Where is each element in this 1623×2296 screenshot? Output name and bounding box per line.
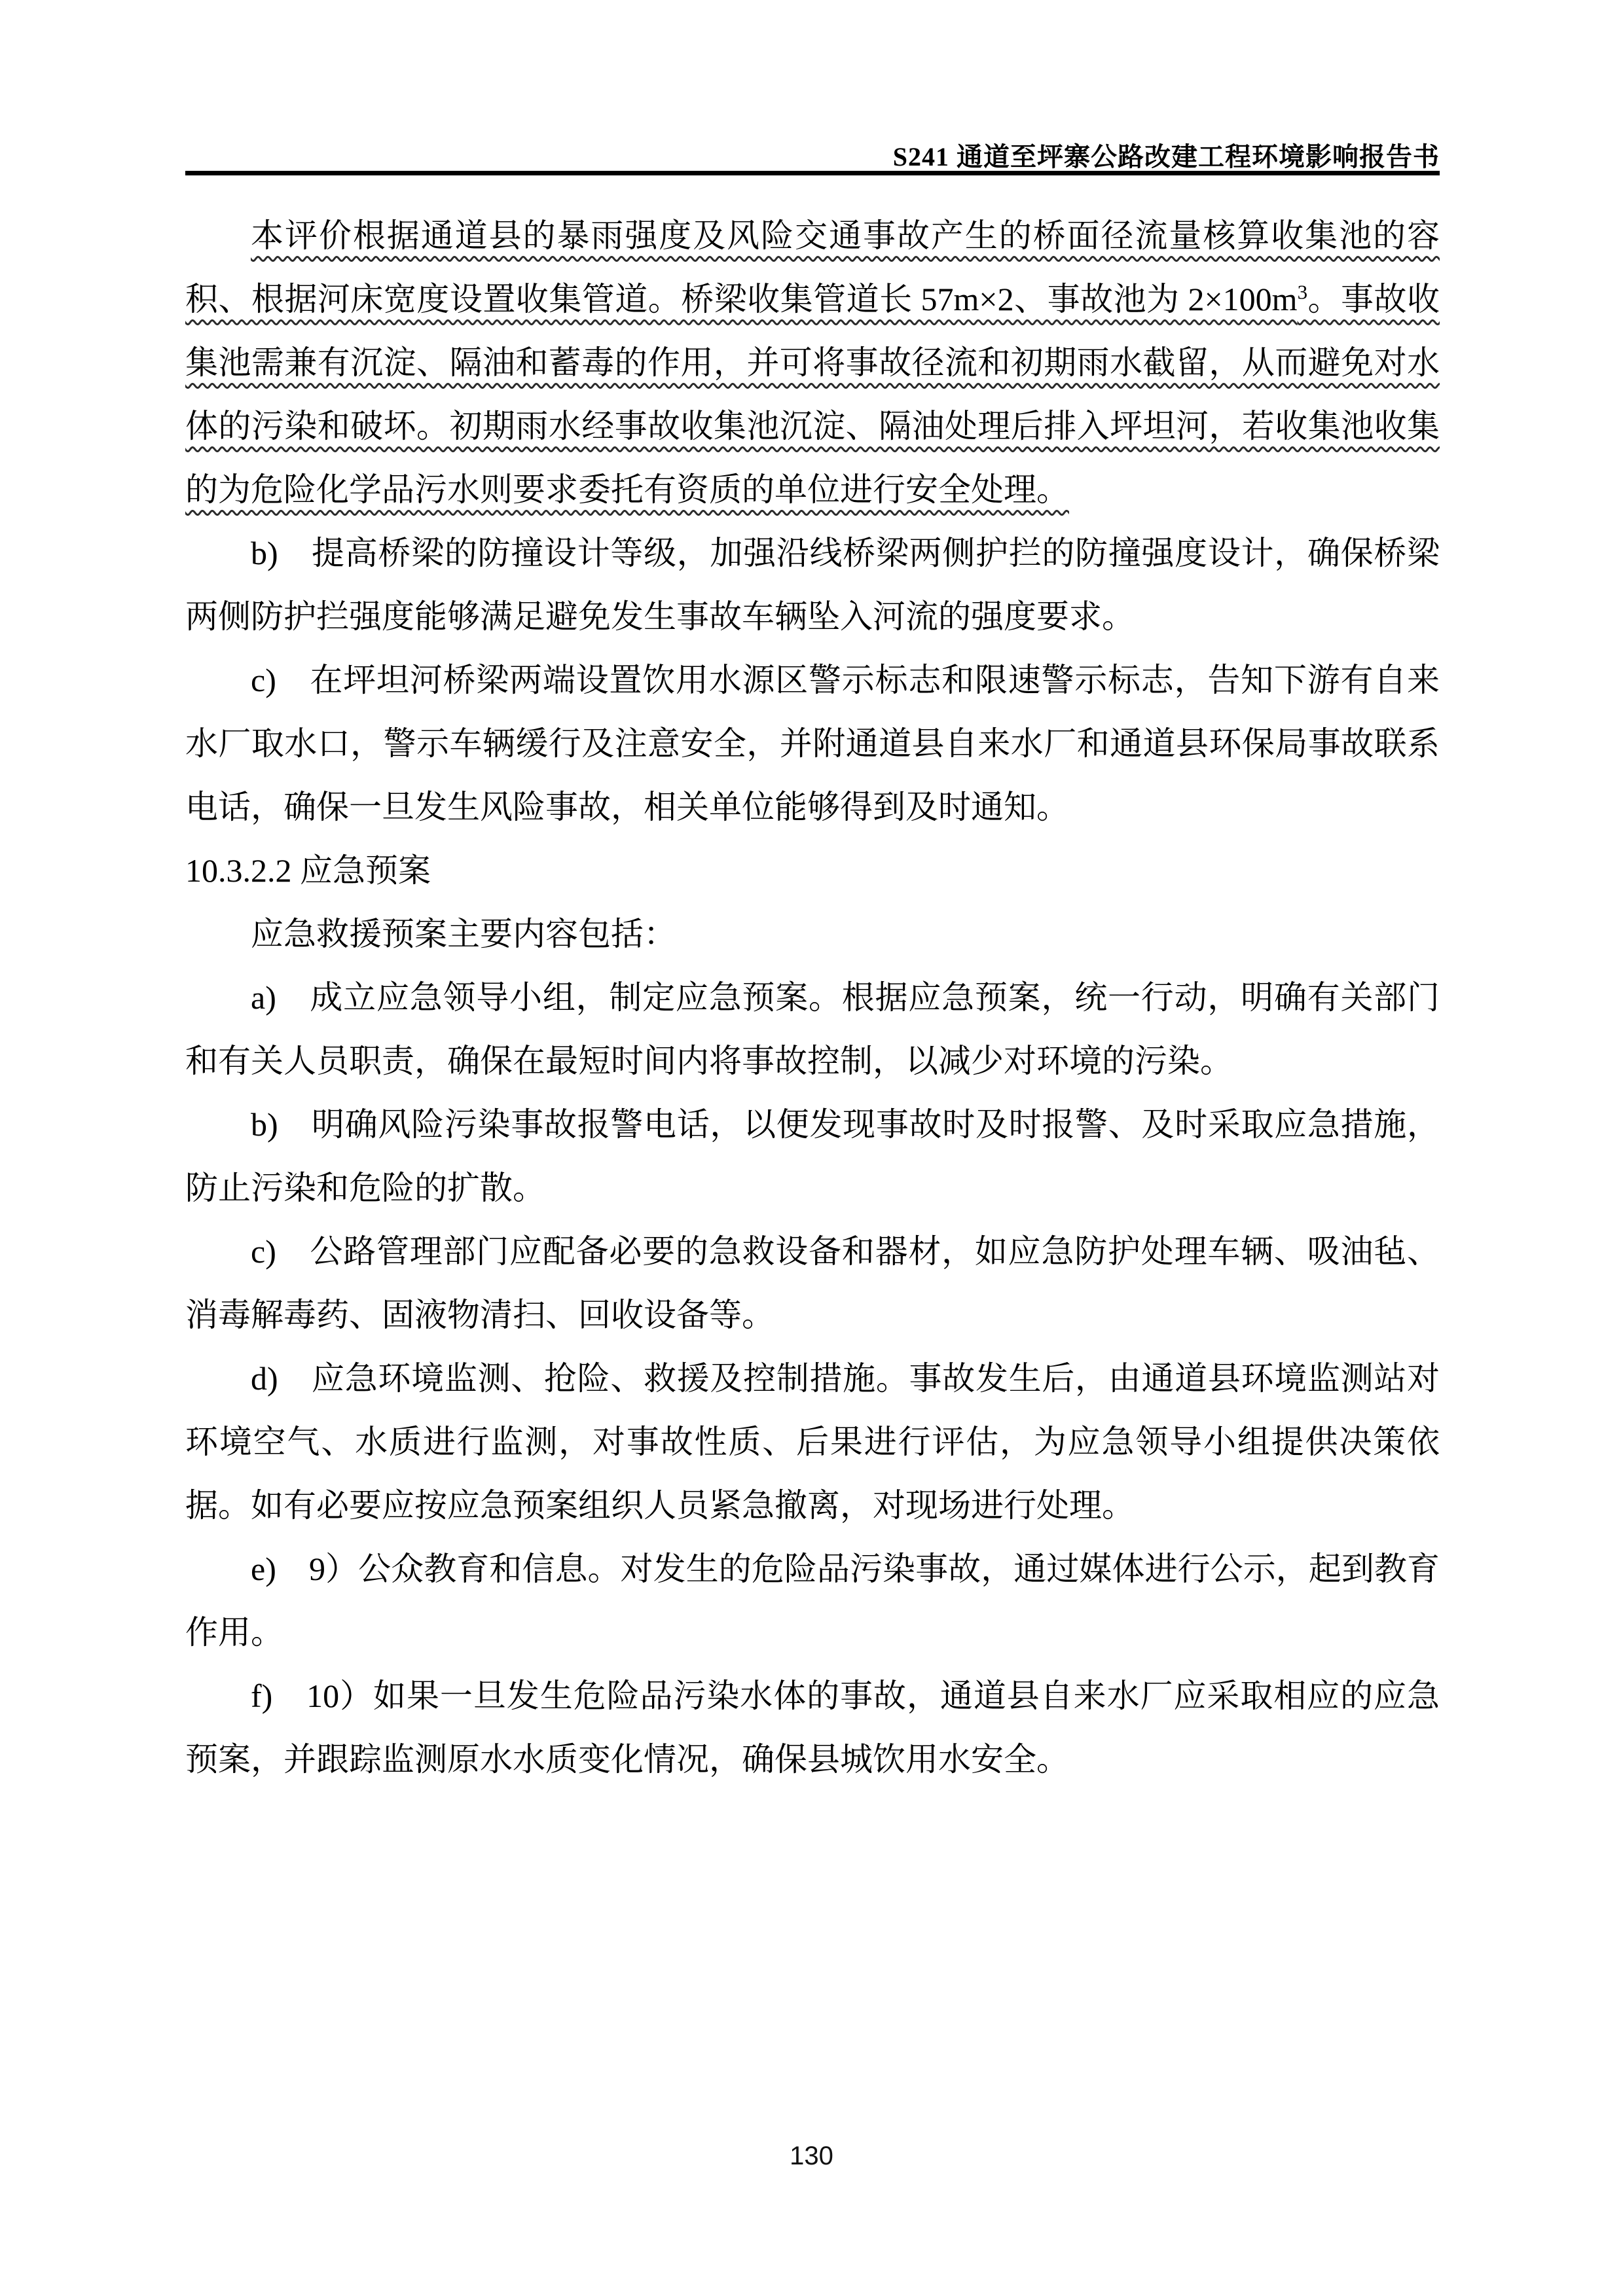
list-item-e-public-education: e) 9）公众教育和信息。对发生的危险品污染事故，通过媒体进行公示，起到教育作用… [185, 1537, 1440, 1664]
list-item-c-warning-signs: c) 在坪坦河桥梁两端设置饮用水源区警示标志和限速警示标志，告知下游有自来水厂取… [185, 649, 1440, 839]
section-heading-10-3-2-2: 10.3.2.2 应急预案 [185, 839, 1440, 903]
paragraph-collection-pool: 本评价根据通道县的暴雨强度及风险交通事故产生的桥面径流量核算收集池的容积、根据河… [185, 204, 1440, 522]
cubic-meter-exponent: 3 [1298, 280, 1308, 303]
list-item-f-waterworks-response: f) 10）如果一旦发生危险品污染水体的事故，通道县自来水厂应采取相应的应急预案… [185, 1664, 1440, 1791]
paragraph-plan-intro: 应急救援预案主要内容包括： [185, 903, 1440, 966]
wavy-underlined-text: 本评价根据通道县的暴雨强度及风险交通事故产生的桥面径流量核算收集池的容积、根据河… [185, 217, 1440, 508]
document-page: S241 通道至坪寨公路改建工程环境影响报告书 本评价根据通道县的暴雨强度及风险… [0, 0, 1623, 2296]
list-item-b-bridge-guardrail: b) 提高桥梁的防撞设计等级，加强沿线桥梁两侧护拦的防撞强度设计，确保桥梁两侧防… [185, 522, 1440, 649]
list-item-b-alarm-phone: b) 明确风险污染事故报警电话，以便发现事故时及时报警、及时采取应急措施，防止污… [185, 1093, 1440, 1220]
document-body: 本评价根据通道县的暴雨强度及风险交通事故产生的桥面径流量核算收集池的容积、根据河… [185, 204, 1440, 1791]
header-title: S241 通道至坪寨公路改建工程环境影响报告书 [893, 136, 1440, 173]
list-item-c-rescue-equipment: c) 公路管理部门应配备必要的急救设备和器材，如应急防护处理车辆、吸油毡、消毒解… [185, 1220, 1440, 1347]
page-number: 130 [0, 2142, 1623, 2171]
list-item-d-emergency-monitoring: d) 应急环境监测、抢险、救援及控制措施。事故发生后，由通道县环境监测站对环境空… [185, 1347, 1440, 1537]
list-item-a-leading-group: a) 成立应急领导小组，制定应急预案。根据应急预案，统一行动，明确有关部门和有关… [185, 966, 1440, 1093]
paragraph-collection-pool-text-1: 本评价根据通道县的暴雨强度及风险交通事故产生的桥面径流量核算收集池的容积、根据河… [185, 217, 1440, 317]
header-rule [185, 171, 1440, 175]
